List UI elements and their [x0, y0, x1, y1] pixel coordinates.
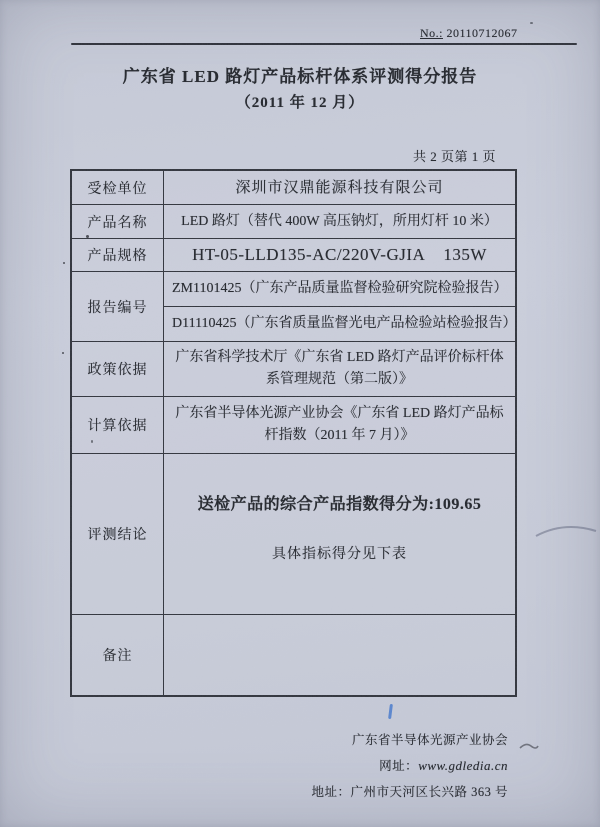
scan-speck [63, 262, 65, 264]
row-label: 产品名称 [72, 205, 164, 238]
row-label: 计算依据 [72, 397, 164, 453]
row-label: 备注 [72, 615, 164, 695]
table-row-remarks: 备注 [72, 615, 515, 695]
page-subtitle: （2011 年 12 月） [0, 91, 600, 112]
row-value: HT-05-LLD135-AC/220V-GJIA 135W [164, 239, 515, 271]
footer-website-label: 网址： [379, 759, 418, 773]
table-row-inspected-unit: 受检单位 深圳市汉鼎能源科技有限公司 [72, 171, 515, 205]
report-table: 受检单位 深圳市汉鼎能源科技有限公司 产品名称 LED 路灯（替代 400W 高… [70, 169, 517, 697]
page-indicator: 共 2 页第 1 页 [413, 146, 517, 165]
scan-speck [62, 352, 64, 354]
small-squiggle-artifact [518, 738, 540, 754]
row-label: 受检单位 [72, 171, 164, 204]
table-row-report-numbers: 报告编号 ZM1101425（广东产品质量监督检验研究院检验报告） D11110… [72, 272, 515, 342]
scan-speck [530, 22, 533, 24]
row-value: 广东省科学技术厅《广东省 LED 路灯产品评价标杆体系管理规范（第二版）》 [164, 342, 515, 396]
footer-address-label: 地址： [311, 785, 350, 799]
row-value-group: ZM1101425（广东产品质量监督检验研究院检验报告） D11110425（广… [164, 272, 515, 341]
footer-address-value: 广州市天河区长兴路 363 号 [350, 785, 508, 799]
table-row-product-name: 产品名称 LED 路灯（替代 400W 高压钠灯，所用灯杆 10 米） [72, 205, 515, 239]
report-number-entry: ZM1101425（广东产品质量监督检验研究院检验报告） [164, 272, 515, 307]
footer-block: 广东省半导体光源产业协会 网址：www.gdledia.cn 地址：广州市天河区… [311, 727, 508, 805]
conclusion-detail: 具体指标得分见下表 [272, 544, 407, 566]
footer-website-url: www.gdledia.cn [418, 758, 508, 773]
blue-ink-mark [388, 704, 393, 719]
footer-website-line: 网址：www.gdledia.cn [311, 753, 508, 779]
row-label: 评测结论 [72, 454, 164, 614]
footer-address-line: 地址：广州市天河区长兴路 363 号 [311, 779, 508, 805]
table-row-calc-basis: 计算依据 广东省半导体光源产业协会《广东省 LED 路灯产品标杆指数（2011 … [72, 397, 515, 454]
header-rule [71, 43, 577, 45]
row-label: 产品规格 [72, 239, 164, 271]
row-value [164, 615, 515, 695]
row-value: 广东省半导体光源产业协会《广东省 LED 路灯产品标杆指数（2011 年 7 月… [164, 397, 515, 453]
scanned-report-page: No.: 20110712067 广东省 LED 路灯产品标杆体系评测得分报告 … [0, 0, 600, 827]
table-row-policy-basis: 政策依据 广东省科学技术厅《广东省 LED 路灯产品评价标杆体系管理规范（第二版… [72, 342, 515, 397]
pencil-arc-artifact [532, 510, 600, 550]
table-row-conclusion: 评测结论 送检产品的综合产品指数得分为:109.65 具体指标得分见下表 [72, 454, 515, 615]
report-number-value: 20110712067 [447, 26, 518, 40]
row-label: 政策依据 [72, 342, 164, 396]
row-value: 深圳市汉鼎能源科技有限公司 [164, 171, 515, 204]
footer-org: 广东省半导体光源产业协会 [311, 727, 508, 753]
report-number-label: No.: [420, 26, 443, 40]
row-value-group: 送检产品的综合产品指数得分为:109.65 具体指标得分见下表 [164, 454, 515, 614]
report-number-line: No.: 20110712067 [420, 26, 580, 41]
table-row-product-spec: 产品规格 HT-05-LLD135-AC/220V-GJIA 135W [72, 239, 515, 272]
page-title: 广东省 LED 路灯产品标杆体系评测得分报告 [0, 62, 600, 87]
row-label: 报告编号 [72, 272, 164, 341]
report-number-entry: D11110425（广东省质量监督光电产品检验站检验报告） [164, 307, 515, 341]
conclusion-score: 送检产品的综合产品指数得分为:109.65 [198, 494, 482, 516]
row-value: LED 路灯（替代 400W 高压钠灯，所用灯杆 10 米） [164, 205, 515, 238]
